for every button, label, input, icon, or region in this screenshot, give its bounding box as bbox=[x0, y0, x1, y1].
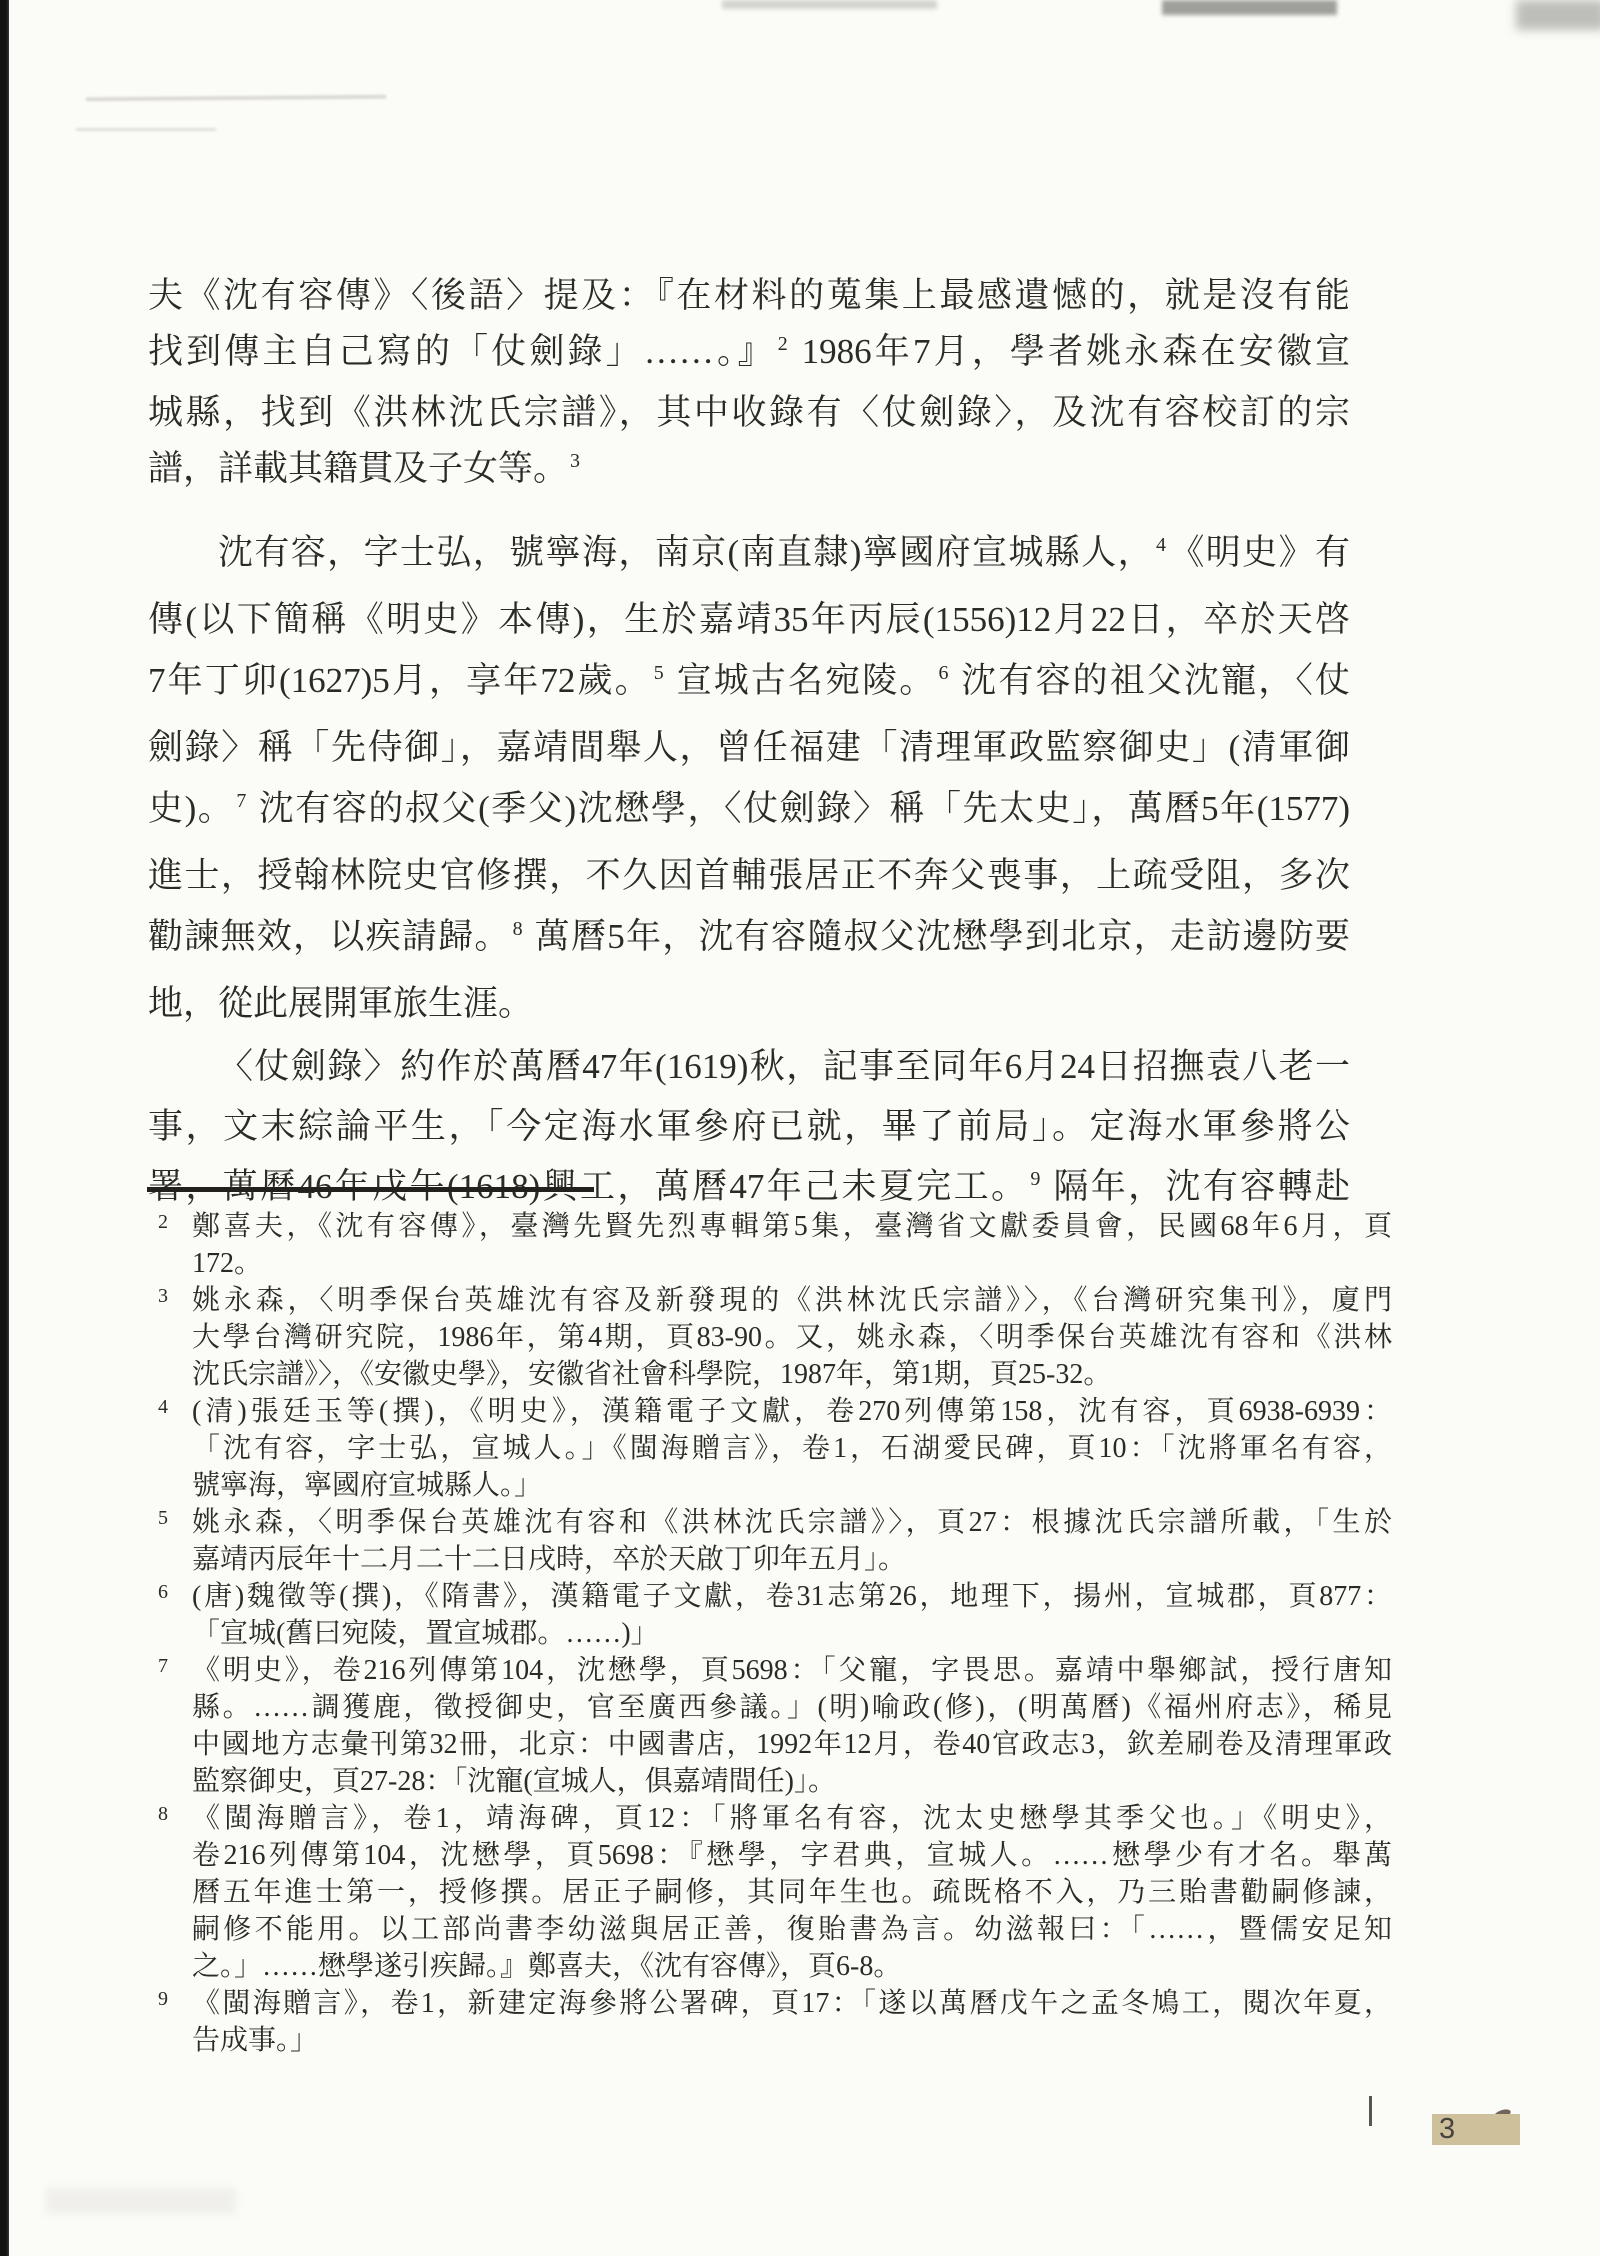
footnote-ref: 3 bbox=[568, 450, 582, 472]
footnote-ref: 4 bbox=[1154, 534, 1168, 556]
footnote-line: 姚永森，〈明季保台英雄沈有容及新發現的《洪林沈氏宗譜》〉，《台灣研究集刊》，廈門 bbox=[192, 1282, 1392, 1319]
scan-artifact-mark bbox=[1369, 2096, 1372, 2126]
footnote-ref: 5 bbox=[652, 662, 666, 684]
body-line: 史)。7 沈有容的叔父(季父)沈懋學，〈仗劍錄〉稱「先太史」，萬曆5年(1577… bbox=[148, 778, 1350, 845]
footnote: 7《明史》，卷216列傳第104，沈懋學，頁5698：「父寵，字畏思。嘉靖中舉鄉… bbox=[192, 1652, 1392, 1800]
footnote-line: 《明史》，卷216列傳第104，沈懋學，頁5698：「父寵，字畏思。嘉靖中舉鄉試… bbox=[192, 1652, 1392, 1689]
footnote-number: 9 bbox=[158, 1988, 168, 2011]
footnote-separator bbox=[147, 1187, 594, 1192]
footnote-line: (清)張廷玉等(撰)，《明史》，漢籍電子文獻，卷270列傳第158，沈有容，頁6… bbox=[192, 1393, 1392, 1430]
body-line: 沈有容，字士弘，號寧海，南京(南直隸)寧國府宣城縣人，4《明史》有 bbox=[148, 522, 1350, 589]
scan-artifact-left-edge bbox=[0, 0, 9, 2256]
footnote: 6(唐)魏徵等(撰)，《隋書》，漢籍電子文獻，卷31志第26，地理下，揚州，宣城… bbox=[192, 1578, 1392, 1652]
footnotes: 2鄭喜夫，《沈有容傳》，臺灣先賢先烈專輯第5集，臺灣省文獻委員會，民國68年6月… bbox=[192, 1208, 1392, 2059]
footnote: 4(清)張廷玉等(撰)，《明史》，漢籍電子文獻，卷270列傳第158，沈有容，頁… bbox=[192, 1393, 1392, 1504]
footnote-line: 之。」……懋學遂引疾歸。』鄭喜夫，《沈有容傳》，頁6-8。 bbox=[192, 1948, 1392, 1985]
footnote-line: 監察御史，頁27-28：「沈寵(宣城人，俱嘉靖間任)」。 bbox=[192, 1763, 1392, 1800]
footnote-number: 6 bbox=[158, 1581, 168, 1604]
footnote-line: 縣。……調獲鹿，徵授御史，官至廣西參議。」(明)喻政(修)，(明萬曆)《福州府志… bbox=[192, 1689, 1392, 1726]
footnote-ref: 7 bbox=[234, 790, 248, 812]
page-number-badge: 3 bbox=[1432, 2114, 1520, 2145]
footnote-line: 鄭喜夫，《沈有容傳》，臺灣先賢先烈專輯第5集，臺灣省文獻委員會，民國68年6月，… bbox=[192, 1208, 1392, 1245]
body-line: 找到傳主自己寫的「仗劍錄」……。』2 1986年7月，學者姚永森在安徽宣 bbox=[148, 324, 1350, 385]
footnote-number: 4 bbox=[158, 1396, 168, 1419]
footnote-line: 172。 bbox=[192, 1245, 1392, 1282]
footnote-line: 告成事。」 bbox=[192, 2022, 1392, 2059]
scan-artifact-smudge bbox=[1516, 0, 1600, 30]
footnote-ref: 8 bbox=[511, 918, 525, 940]
footnote: 8《閩海贈言》，卷1，靖海碑，頁12：「將軍名有容，沈太史懋學其季父也。」《明史… bbox=[192, 1800, 1392, 1985]
paragraph: 夫《沈有容傳》〈後語〉提及：『在材料的蒐集上最感遺憾的，就是沒有能找到傳主自己寫… bbox=[148, 268, 1350, 502]
page-number: 3 bbox=[1432, 2114, 1520, 2145]
body-line: 7年丁卯(1627)5月，享年72歲。5 宣城古名宛陵。6 沈有容的祖父沈寵，〈… bbox=[148, 650, 1350, 717]
body-line: 城縣，找到《洪林沈氏宗譜》，其中收錄有〈仗劍錄〉，及沈有容校訂的宗 bbox=[148, 385, 1350, 441]
footnote-line: 沈氏宗譜》〉，《安徽史學》，安徽省社會科學院，1987年，第1期，頁25-32。 bbox=[192, 1356, 1392, 1393]
body-text: 夫《沈有容傳》〈後語〉提及：『在材料的蒐集上最感遺憾的，就是沒有能找到傳主自己寫… bbox=[148, 268, 1350, 1222]
paragraph: 沈有容，字士弘，號寧海，南京(南直隸)寧國府宣城縣人，4《明史》有傳(以下簡稱《… bbox=[148, 522, 1350, 1034]
body-line: 進士，授翰林院史官修撰，不久因首輔張居正不奔父喪事，上疏受阻，多次 bbox=[148, 845, 1350, 906]
footnote-ref: 6 bbox=[936, 662, 950, 684]
footnote-number: 8 bbox=[158, 1803, 168, 1826]
footnote-line: 「沈有容，字士弘，宣城人。」《閩海贈言》，卷1，石湖愛民碑，頁10：「沈將軍名有… bbox=[192, 1430, 1392, 1467]
footnote-ref: 9 bbox=[1028, 1168, 1042, 1190]
footnote-line: 大學台灣研究院，1986年，第4期，頁83-90。又，姚永森，〈明季保台英雄沈有… bbox=[192, 1319, 1392, 1356]
footnote-number: 5 bbox=[158, 1507, 168, 1530]
body-line: 傳(以下簡稱《明史》本傳)，生於嘉靖35年丙辰(1556)12月22日，卒於天啓 bbox=[148, 589, 1350, 650]
body-line: 〈仗劍錄〉約作於萬曆47年(1619)秋，記事至同年6月24日招撫袁八老一 bbox=[148, 1037, 1350, 1097]
scan-artifact-streak bbox=[76, 128, 216, 131]
body-line: 夫《沈有容傳》〈後語〉提及：『在材料的蒐集上最感遺憾的，就是沒有能 bbox=[148, 268, 1350, 324]
footnote: 2鄭喜夫，《沈有容傳》，臺灣先賢先烈專輯第5集，臺灣省文獻委員會，民國68年6月… bbox=[192, 1208, 1392, 1282]
body-line: 譜，詳載其籍貫及子女等。3 bbox=[148, 441, 1350, 502]
footnote-line: 嘉靖丙辰年十二月二十二日戌時，卒於天啟丁卯年五月」。 bbox=[192, 1541, 1392, 1578]
scan-artifact-streak bbox=[86, 95, 386, 102]
footnote: 3姚永森，〈明季保台英雄沈有容及新發現的《洪林沈氏宗譜》〉，《台灣研究集刊》，廈… bbox=[192, 1282, 1392, 1393]
body-line: 劍錄〉稱「先侍御」，嘉靖間舉人，曾任福建「清理軍政監察御史」(清軍御 bbox=[148, 717, 1350, 778]
scan-artifact-smudge bbox=[722, 0, 937, 9]
footnote-line: 姚永森，〈明季保台英雄沈有容和《洪林沈氏宗譜》〉，頁27：根據沈氏宗譜所載，「生… bbox=[192, 1504, 1392, 1541]
footnote-line: (唐)魏徵等(撰)，《隋書》，漢籍電子文獻，卷31志第26，地理下，揚州，宣城郡… bbox=[192, 1578, 1392, 1615]
footnote-line: 號寧海，寧國府宣城縣人。」 bbox=[192, 1467, 1392, 1504]
scan-artifact-smudge bbox=[1162, 0, 1337, 15]
footnote: 9《閩海贈言》，卷1，新建定海參將公署碑，頁17：「遂以萬曆戊午之孟冬鳩工，閱次… bbox=[192, 1985, 1392, 2059]
footnote-line: 《閩海贈言》，卷1，新建定海參將公署碑，頁17：「遂以萬曆戊午之孟冬鳩工，閱次年… bbox=[192, 1985, 1392, 2022]
body-line: 事，文末綜論平生，「今定海水軍參府已就，畢了前局」。定海水軍參將公 bbox=[148, 1097, 1350, 1157]
footnote-line: 卷216列傳第104，沈懋學，頁5698：『懋學，字君典，宣城人。……懋學少有才… bbox=[192, 1837, 1392, 1874]
footnote-number: 2 bbox=[158, 1211, 168, 1234]
footnote-number: 3 bbox=[158, 1285, 168, 1308]
paragraph: 〈仗劍錄〉約作於萬曆47年(1619)秋，記事至同年6月24日招撫袁八老一事，文… bbox=[148, 1037, 1350, 1222]
footnote-line: 曆五年進士第一，授修撰。居正子嗣修，其同年生也。疏既格不入，乃三貽書勸嗣修諫， bbox=[192, 1874, 1392, 1911]
footnote: 5姚永森，〈明季保台英雄沈有容和《洪林沈氏宗譜》〉，頁27：根據沈氏宗譜所載，「… bbox=[192, 1504, 1392, 1578]
body-line: 地，從此展開軍旅生涯。 bbox=[148, 973, 1350, 1034]
footnote-ref: 2 bbox=[776, 333, 790, 355]
scan-artifact-smear bbox=[46, 2188, 236, 2214]
body-line: 勸諫無效，以疾請歸。8 萬曆5年，沈有容隨叔父沈懋學到北京，走訪邊防要 bbox=[148, 906, 1350, 973]
scanned-page: 夫《沈有容傳》〈後語〉提及：『在材料的蒐集上最感遺憾的，就是沒有能找到傳主自己寫… bbox=[0, 0, 1600, 2256]
footnote-line: 「宣城(舊曰宛陵，置宣城郡。……)」 bbox=[192, 1615, 1392, 1652]
footnote-line: 中國地方志彙刊第32冊，北京：中國書店，1992年12月，卷40官政志3，欽差刷… bbox=[192, 1726, 1392, 1763]
footnote-number: 7 bbox=[158, 1655, 168, 1678]
footnote-line: 嗣修不能用。以工部尚書李幼滋與居正善，復貽書為言。幼滋報曰：「……，暨儒安足知 bbox=[192, 1911, 1392, 1948]
footnote-line: 《閩海贈言》，卷1，靖海碑，頁12：「將軍名有容，沈太史懋學其季父也。」《明史》… bbox=[192, 1800, 1392, 1837]
